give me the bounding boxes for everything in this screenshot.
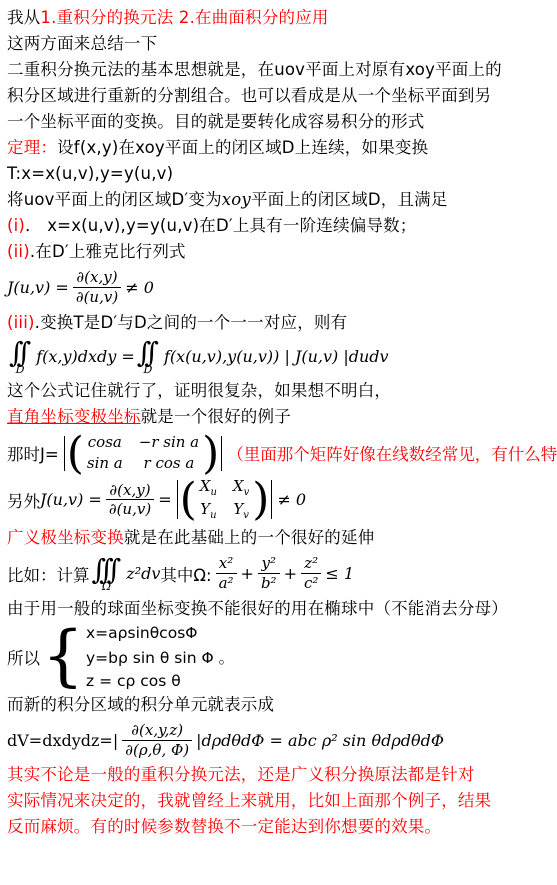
volume-denominator: ∂(ρ,θ, Φ) xyxy=(122,740,192,760)
condition-2-label: (ii) xyxy=(7,242,30,261)
determinant-bar xyxy=(177,480,178,519)
change-of-var-rhs: f(x(u,v),y(u,v)) | J(u,v) |dudv xyxy=(164,347,389,366)
unit-line: 而新的积分区域的积分单元就表示成 xyxy=(7,692,553,718)
polar-matrix-line: 那时J= ( cosa −r sin a sin a r cos a ) （里面… xyxy=(7,433,553,475)
mapping-xoy: xoy xyxy=(222,190,251,209)
generalized-rest: 就是在此基础上的一个很好的延伸 xyxy=(124,528,375,547)
triple-integral-domain: Ω xyxy=(102,581,111,592)
volume-numerator: ∂(x,y,z) xyxy=(122,721,192,740)
matrix-cell: r cos a xyxy=(139,454,199,474)
closing-line-1: 其实不论是一般的重积分换元法，还是广义积分换原法都是针对 xyxy=(7,762,553,788)
integrand: z²dv xyxy=(126,564,160,583)
matrix-cell: −r sin a xyxy=(139,433,199,453)
intro-prefix: 我从 xyxy=(7,8,40,27)
polar-matrix-determinant: ( cosa −r sin a sin a r cos a ) xyxy=(62,433,225,475)
jacobian2-formula: 另外 J(u,v) = ∂(x,y) ∂(u,v) = ( Xu Xv Yu Y… xyxy=(7,477,553,522)
volume-fraction: ∂(x,y,z) ∂(ρ,θ, Φ) xyxy=(122,721,192,760)
jacobian2-lhs: J(u,v) = xyxy=(40,490,102,509)
transform-line: T:x=x(u,v),y=y(u,v) xyxy=(7,161,553,187)
substitution-cases: 所以 { x=aρsinθcosΦ y=bρ sin θ sin Φ 。 z =… xyxy=(7,624,553,690)
condition-2: (ii).在D′上雅克比行列式 xyxy=(7,239,553,265)
determinant-bar xyxy=(221,436,222,472)
matrix-paren-right: ) xyxy=(202,433,219,475)
matrix-cell: sin a xyxy=(87,454,123,474)
double-integral-right-domain: D xyxy=(143,364,152,375)
volume-post: |dρdθdΦ = abc ρ² sin θdρdθdΦ xyxy=(196,731,444,750)
sphere-note-line: 由于用一般的球面坐标变换不能很好的用在椭球中（不能消去分母） xyxy=(7,596,553,622)
jacobian-nonzero: ≠ 0 xyxy=(125,278,154,297)
volume-element-formula: dV=dxdydz=| ∂(x,y,z) ∂(ρ,θ, Φ) |dρdθdΦ =… xyxy=(7,721,553,760)
idea-line-2: 积分区域进行重新的分割组合。也可以看成是从一个坐标平面到另 xyxy=(7,83,553,109)
idea-line-1: 二重积分换元法的基本思想就是，在uov平面上对原有xoy平面上的 xyxy=(7,57,553,83)
polar-rest: 就是一个很好的例子 xyxy=(141,407,291,426)
condition-3-label: (iii) xyxy=(7,313,35,332)
mapping-post: 平面上的闭区域D，且满足 xyxy=(251,190,448,209)
polar-matrix: cosa −r sin a sin a r cos a xyxy=(84,433,202,473)
polar-highlight: 直角坐标变极坐标 xyxy=(7,407,141,426)
example-formula-line: 比如：计算 ∫∫∫ Ω z²dv 其中Ω: x² a² + y² b² + z²… xyxy=(7,554,553,593)
condition-1: (i)． x=x(u,v),y=y(u,v)在D′上具有一阶连续偏导数； xyxy=(7,213,553,239)
matrix-cell: cosa xyxy=(87,433,123,453)
another-label: 另外 xyxy=(7,488,40,512)
closing-line-3: 反而麻烦。有的时候参数替换不一定能达到你想要的效果。 xyxy=(7,814,553,840)
ellipsoid-term-y: y² b² xyxy=(258,554,280,593)
jacobian-formula: J(u,v) = ∂(x,y) ∂(u,v) ≠ 0 xyxy=(7,268,553,307)
double-integral-right: ∫∫ D xyxy=(137,339,159,375)
leq-one: ≤ 1 xyxy=(325,564,354,583)
matrix-cell: Xu xyxy=(200,477,217,499)
plus-sign: + xyxy=(241,564,254,583)
ellipsoid-term-x: x² a² xyxy=(216,554,237,593)
jacobian2-nonzero: ≠ 0 xyxy=(277,490,306,509)
triple-integral: ∫∫∫ Ω xyxy=(92,556,122,592)
jacobian2-equals: = xyxy=(158,490,171,509)
change-of-variables-formula: ∫∫ D f(x,y)dxdy = ∫∫ D f(x(u,v),y(u,v)) … xyxy=(7,339,553,375)
memorize-line: 这个公式记住就行了，证明很复杂，如果想不明白， xyxy=(7,378,553,404)
double-integral-left-domain: D xyxy=(16,364,25,375)
case-y: y=bρ sin θ sin Φ 。 xyxy=(86,646,234,668)
mapping-line: 将uov平面上的闭区域D′变为xoy平面上的闭区域D，且满足 xyxy=(7,187,553,213)
theorem-label: 定理： xyxy=(7,138,57,157)
jacobian-lhs: J(u,v) = xyxy=(7,278,69,297)
polar-example-line: 直角坐标变极坐标就是一个很好的例子 xyxy=(7,404,553,430)
jacobian2-numerator: ∂(x,y) xyxy=(106,481,154,500)
plus-sign: + xyxy=(284,564,297,583)
theorem-text: 设f(x,y)在xoy平面上的闭区域D上连续，如果变换 xyxy=(57,138,428,157)
generalized-highlight: 广义极坐标变换 xyxy=(7,528,124,547)
intro-topics: 1.重积分的换元法 2.在曲面积分的应用 xyxy=(40,8,328,27)
determinant-bar xyxy=(64,436,65,472)
condition-2-text: .在D′上雅克比行列式 xyxy=(30,242,186,261)
case-x: x=aρsinθcosΦ xyxy=(86,624,234,642)
double-integral-left: ∫∫ D xyxy=(9,339,31,375)
condition-1-label: (i) xyxy=(7,216,25,235)
jacobian-numerator: ∂(x,y) xyxy=(73,268,121,287)
matrix-cell: Yv xyxy=(233,500,249,522)
closing-line-2: 实际情况来决定的，我就曾经上来就用，比如上面那个例子，结果 xyxy=(7,788,553,814)
jacobian2-denominator: ∂(u,v) xyxy=(106,499,154,519)
generalized-polar-line: 广义极坐标变换就是在此基础上的一个很好的延伸 xyxy=(7,525,553,551)
example-pre: 比如：计算 xyxy=(7,562,90,586)
partials-matrix: Xu Xv Yu Yv xyxy=(197,477,252,522)
case-z: z = cρ cos θ xyxy=(86,672,234,690)
matrix-paren-left: ( xyxy=(180,479,197,521)
determinant-bar xyxy=(271,480,272,519)
jacobian2-fraction: ∂(x,y) ∂(u,v) xyxy=(106,481,154,520)
jacobian-denominator: ∂(u,v) xyxy=(73,287,121,307)
condition-3: (iii).变换T是D′与D之间的一个一一对应，则有 xyxy=(7,310,553,336)
matrix-paren-right: ) xyxy=(252,479,269,521)
matrix-paren-left: ( xyxy=(67,433,84,475)
example-mid: 其中Ω: xyxy=(160,562,211,586)
matrix-cell: Yu xyxy=(200,500,217,522)
jacobian-fraction: ∂(x,y) ∂(u,v) xyxy=(73,268,121,307)
document-page: 我从1.重积分的换元法 2.在曲面积分的应用 这两方面来总结一下 二重积分换元法… xyxy=(0,0,557,885)
condition-1-text: ． x=x(u,v),y=y(u,v)在D′上具有一阶连续偏导数； xyxy=(25,216,416,235)
summary-line: 这两方面来总结一下 xyxy=(7,31,553,57)
condition-3-text: .变换T是D′与D之间的一个一一对应，则有 xyxy=(35,313,348,332)
so-label: 所以 xyxy=(7,645,40,669)
theorem-line: 定理：设f(x,y)在xoy平面上的闭区域D上连续，如果变换 xyxy=(7,135,553,161)
ellipsoid-term-z: z² c² xyxy=(301,554,321,593)
left-brace: { xyxy=(42,625,84,688)
intro-line: 我从1.重积分的换元法 2.在曲面积分的应用 xyxy=(7,5,553,31)
polar-matrix-pre: 那时J= xyxy=(7,441,59,465)
jacobian2-determinant: ( Xu Xv Yu Yv ) xyxy=(175,477,275,522)
polar-matrix-note: （里面那个矩阵好像在线数经常见，有什么特殊来着？）。 xyxy=(227,441,557,465)
mapping-pre: 将uov平面上的闭区域D′变为 xyxy=(7,190,222,209)
change-of-var-lhs: f(x,y)dxdy = xyxy=(36,347,135,366)
volume-pre: dV=dxdydz=| xyxy=(7,731,118,750)
case-equations: x=aρsinθcosΦ y=bρ sin θ sin Φ 。 z = cρ c… xyxy=(86,624,234,690)
matrix-cell: Xv xyxy=(233,477,249,499)
idea-line-3: 一个坐标平面的变换。目的就是要转化成容易积分的形式 xyxy=(7,109,553,135)
